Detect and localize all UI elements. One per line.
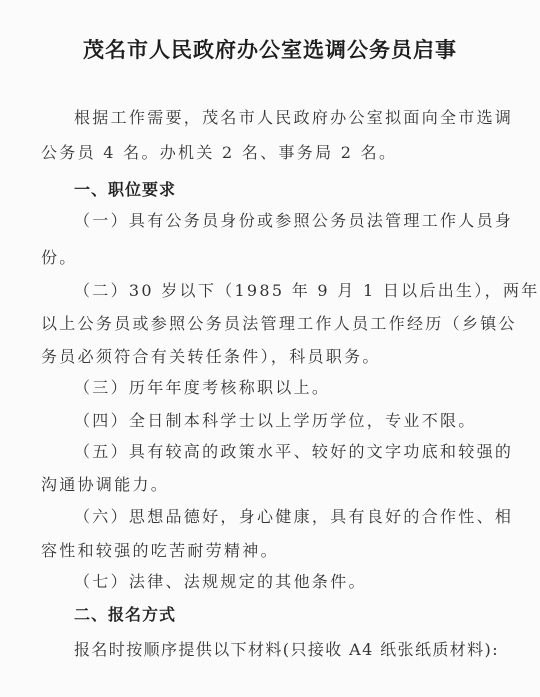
requirement-4: （四）全日制本科学士以上学历学位，专业不限。: [74, 411, 477, 431]
requirement-2-line-3: 务员必须符合有关转任条件），科员职务。: [41, 347, 381, 367]
document-page: 茂名市人民政府办公室选调公务员启事 根据工作需要，茂名市人民政府办公室拟面向全市…: [0, 0, 540, 697]
requirement-7: （七）法律、法规规定的其他条件。: [74, 572, 367, 592]
requirement-2-line-2: 以上公务员或参照公务员法管理工作人员工作经历（乡镇公: [41, 314, 517, 334]
requirement-6-line-2: 容性和较强的吃苦耐劳精神。: [41, 541, 279, 561]
requirement-1-line-1: （一）具有公务员身份或参照公务员法管理工作人员身: [74, 211, 513, 231]
intro-line-2: 公务员 4 名。办机关 2 名、事务局 2 名。: [41, 143, 397, 163]
registration-line-1: 报名时按顺序提供以下材料(只接收 A4 纸张纸质材料):: [74, 640, 499, 660]
requirement-1-line-2: 份。: [41, 248, 78, 268]
requirement-2-line-1: （二）30 岁以下（1985 年 9 月 1 日以后出生），两年: [74, 281, 540, 301]
requirement-5-line-1: （五）具有较高的政策水平、较好的文字功底和较强的: [74, 442, 513, 462]
requirement-5-line-2: 沟通协调能力。: [41, 475, 169, 495]
section-heading-requirements: 一、职位要求: [74, 180, 176, 200]
requirement-3: （三）历年年度考核称职以上。: [74, 378, 330, 398]
intro-line-1: 根据工作需要，茂名市人民政府办公室拟面向全市选调: [74, 108, 513, 128]
section-heading-registration: 二、报名方式: [74, 605, 176, 625]
requirement-6-line-1: （六）思想品德好，身心健康，具有良好的合作性、相: [74, 507, 513, 527]
document-title: 茂名市人民政府办公室选调公务员启事: [0, 34, 540, 64]
